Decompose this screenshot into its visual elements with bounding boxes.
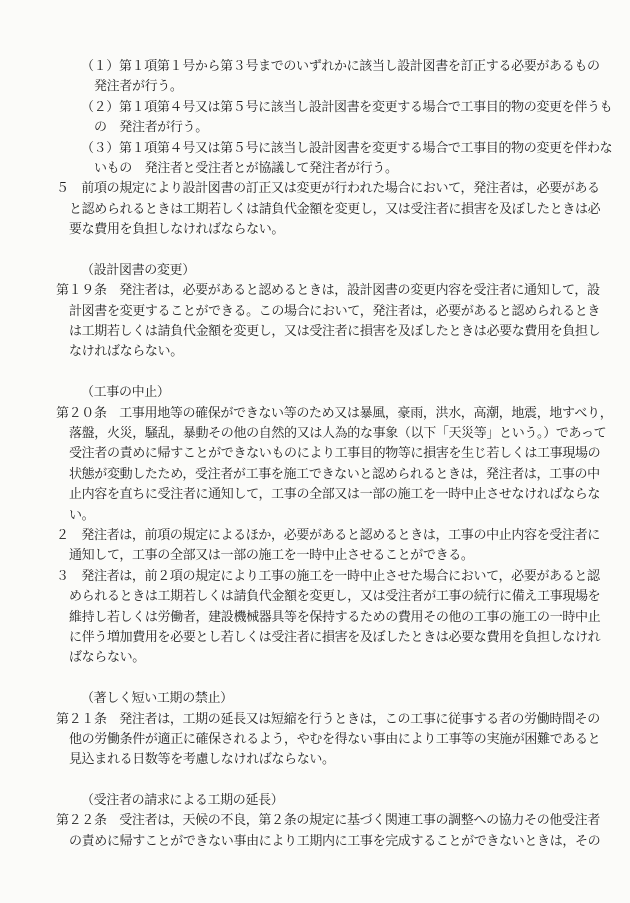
text-line: 止内容を直ちに受注者に通知して，工事の全部又は一部の施工を一時中止させなければな… bbox=[0, 484, 630, 504]
text-line: められるときは工期若しくは請負代金額を変更し，又は受注者が工事の続行に備え工事現… bbox=[0, 586, 630, 606]
text-line: の 発注者が行う。 bbox=[0, 117, 630, 137]
text-line: 要な費用を負担しなければならない。 bbox=[0, 219, 630, 239]
text-line: （３）第１項第４号又は第５号に該当し設計図書を変更する場合で工事目的物の変更を伴… bbox=[0, 138, 630, 158]
text-line: 受注者の責めに帰すことができないものにより工事目的物等に損害を生じ若しくは工事現… bbox=[0, 443, 630, 463]
text-line: （２）第１項第４号又は第５号に該当し設計図書を変更する場合で工事目的物の変更を伴… bbox=[0, 97, 630, 117]
text-line: 他の労働条件が適正に確保されるよう，やむを得ない事由により工事等の実施が困難であ… bbox=[0, 729, 630, 749]
document-text: （１）第１項第１号から第３号までのいずれかに該当し設計図書を訂正する必要があるも… bbox=[0, 56, 630, 851]
text-line: と認められるときは工期若しくは請負代金額を変更し，又は受注者に損害を及ぼしたとき… bbox=[0, 199, 630, 219]
text-line: ばならない。 bbox=[0, 647, 630, 667]
text-line: 落盤，火災，騒乱，暴動その他の自然的又は人為的な事象（以下「天災等」という。）で… bbox=[0, 423, 630, 443]
text-line: なければならない。 bbox=[0, 341, 630, 361]
text-line: 見込まれる日数等を考慮しなければならない。 bbox=[0, 749, 630, 769]
document-page: （１）第１項第１号から第３号までのいずれかに該当し設計図書を訂正する必要があるも… bbox=[0, 0, 630, 903]
text-line: 計図書を変更することができる。この場合において，発注者は，必要があると認められる… bbox=[0, 301, 630, 321]
text-line: 第２１条 発注者は，工期の延長又は短縮を行うときは，この工事に従事する者の労働時… bbox=[0, 709, 630, 729]
text-line: ２ 発注者は，前項の規定によるほか，必要があると認めるときは，工事の中止内容を受… bbox=[0, 525, 630, 545]
text-line: 第１９条 発注者は，必要があると認めるときは，設計図書の変更内容を受注者に通知し… bbox=[0, 280, 630, 300]
blank-line bbox=[0, 770, 630, 790]
text-line: 発注者が行う。 bbox=[0, 76, 630, 96]
text-line: （設計図書の変更） bbox=[0, 260, 630, 280]
blank-line bbox=[0, 240, 630, 260]
text-line: いもの 発注者と受注者とが協議して発注者が行う。 bbox=[0, 158, 630, 178]
text-line: ５ 前項の規定により設計図書の訂正又は変更が行われた場合において，発注者は，必要… bbox=[0, 178, 630, 198]
text-line: （著しく短い工期の禁止） bbox=[0, 688, 630, 708]
text-line: （１）第１項第１号から第３号までのいずれかに該当し設計図書を訂正する必要があるも… bbox=[0, 56, 630, 76]
text-line: （工事の中止） bbox=[0, 382, 630, 402]
blank-line bbox=[0, 362, 630, 382]
text-line: 維持し若しくは労働者，建設機械器具等を保持するための費用その他の工事の施工の一時… bbox=[0, 607, 630, 627]
blank-line bbox=[0, 668, 630, 688]
text-line: に伴う増加費用を必要とし若しくは受注者に損害を及ぼしたときは必要な費用を負担しな… bbox=[0, 627, 630, 647]
text-line: い。 bbox=[0, 505, 630, 525]
text-line: ３ 発注者は，前２項の規定により工事の施工を一時中止させた場合において，必要があ… bbox=[0, 566, 630, 586]
text-line: 第２２条 受注者は，天候の不良，第２条の規定に基づく関連工事の調整への協力その他… bbox=[0, 810, 630, 830]
text-line: 第２０条 工事用地等の確保ができない等のため又は暴風，豪雨，洪水，高潮，地震，地… bbox=[0, 403, 630, 423]
text-line: 状態が変動したため，受注者が工事を施工できないと認められるときは，発注者は，工事… bbox=[0, 464, 630, 484]
text-line: （受注者の請求による工期の延長） bbox=[0, 790, 630, 810]
text-line: 通知して，工事の全部又は一部の施工を一時中止させることができる。 bbox=[0, 545, 630, 565]
text-line: は工期若しくは請負代金額を変更し，又は受注者に損害を及ぼしたときは必要な費用を負… bbox=[0, 321, 630, 341]
text-line: の責めに帰すことができない事由により工期内に工事を完成することができないときは，… bbox=[0, 831, 630, 851]
